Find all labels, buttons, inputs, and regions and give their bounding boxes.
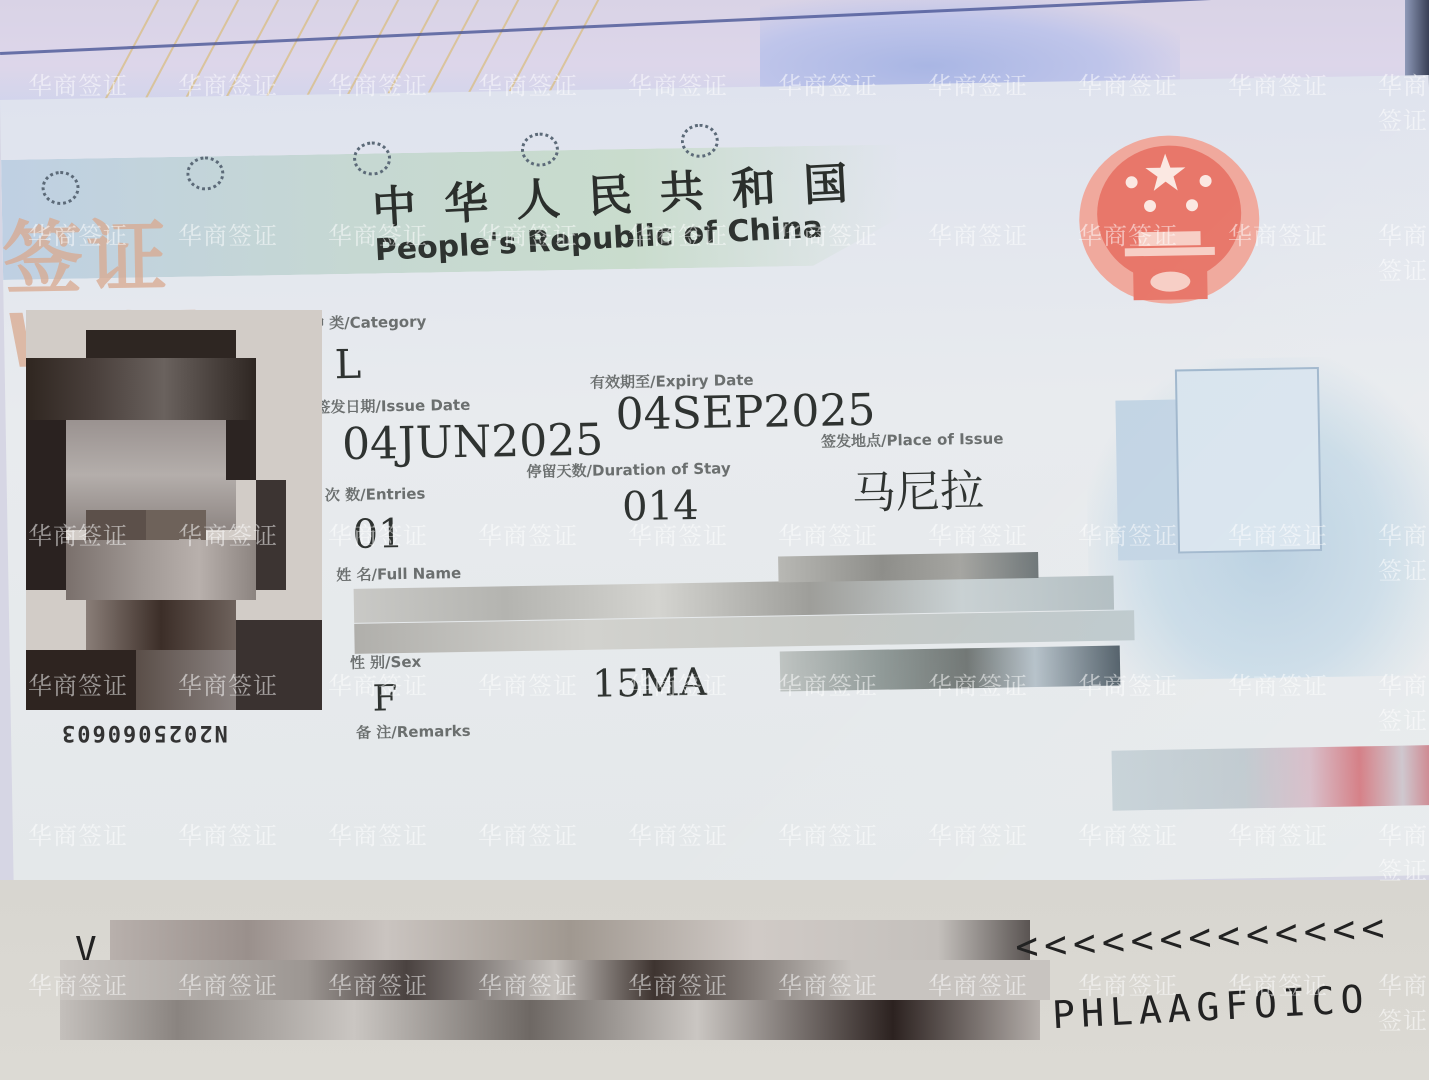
category-value: L	[334, 342, 361, 388]
place-of-issue-value: 马尼拉	[851, 455, 984, 521]
visa-stamp-cn: 签证	[2, 217, 171, 300]
sex-label: 性 别/Sex	[350, 651, 422, 673]
full-name-label: 姓 名/Full Name	[336, 562, 461, 585]
national-emblem-icon	[1073, 130, 1266, 308]
entries-label: 次 数/Entries	[325, 483, 426, 506]
mrz-line2-redaction	[60, 1000, 1040, 1040]
birth-date-redaction	[780, 646, 1121, 692]
mrz-redaction-mid	[60, 960, 1050, 1000]
category-label: 种 类/Category	[309, 311, 427, 334]
mrz-line1-fillers: <<<<<<<<<<<<<	[1014, 905, 1391, 969]
entries-value: 01	[352, 511, 404, 558]
mrz-line2-tail: PHLAAGFOICO	[1051, 977, 1371, 1038]
mrz-line1-redaction	[110, 920, 1030, 960]
birth-date-value: 15MA	[592, 660, 707, 706]
place-of-issue-label: 签发地点/Place of Issue	[821, 428, 1004, 452]
remarks-label: 备 注/Remarks	[356, 720, 471, 743]
machine-readable-zone: V <<<<<<<<<<<<< PHLAAGFOICO	[0, 880, 1429, 1080]
holder-photo	[26, 310, 322, 710]
duration-label: 停留天数/Duration of Stay	[526, 457, 730, 482]
barcode-redaction	[1112, 745, 1429, 811]
sex-value: F	[372, 678, 398, 719]
issue-date-label: 签发日期/Issue Date	[315, 394, 470, 418]
great-wall-illustration	[1085, 355, 1429, 681]
duration-value: 014	[622, 483, 699, 530]
photo-serial-number: N2025060603	[60, 720, 228, 745]
